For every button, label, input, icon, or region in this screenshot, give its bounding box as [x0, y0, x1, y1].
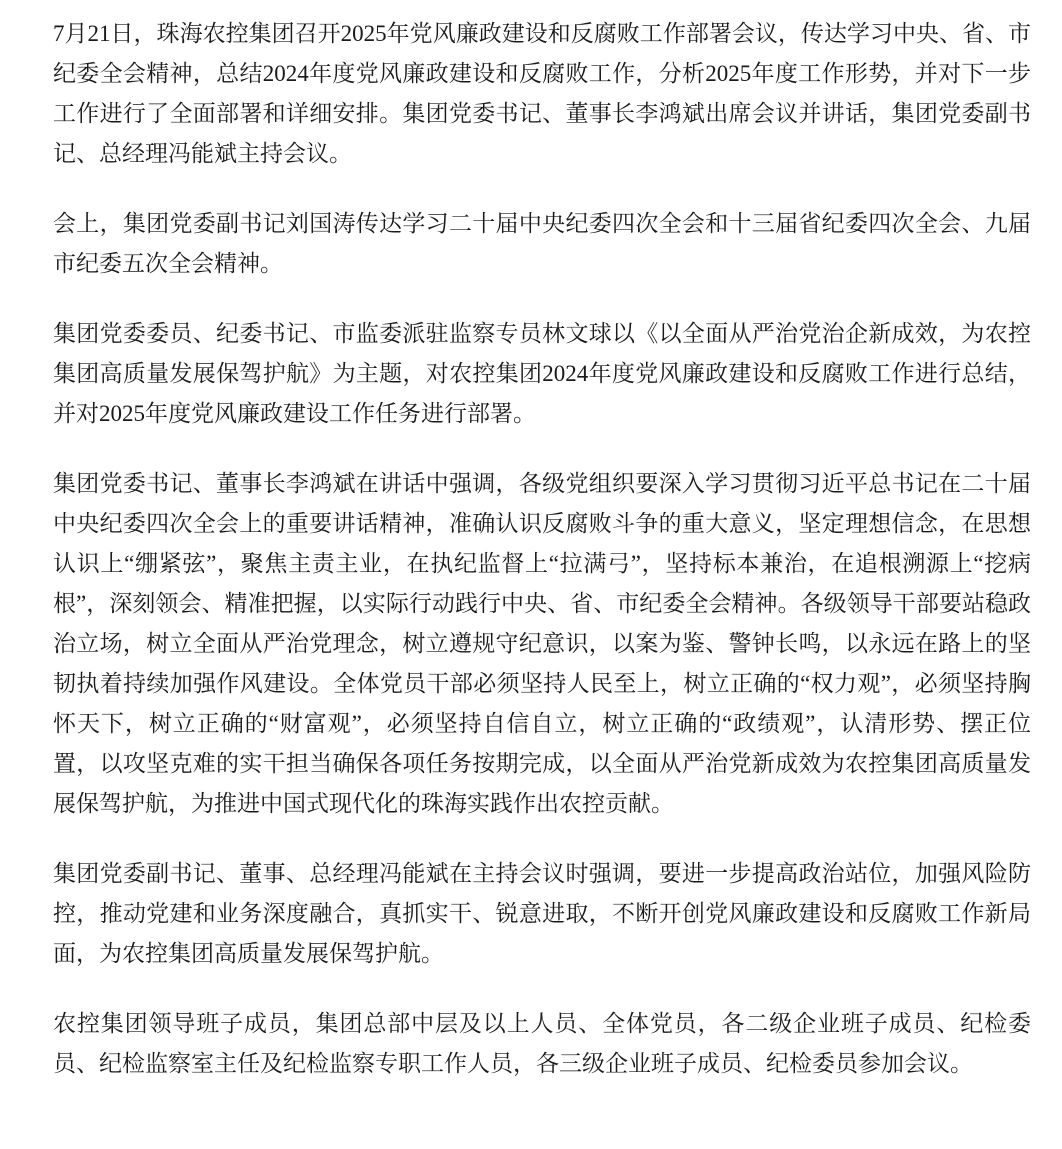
article-paragraph-3: 集团党委委员、纪委书记、市监委派驻监察专员林文球以《以全面从严治党治企新成效，为… [53, 314, 1031, 434]
article-paragraph-5: 集团党委副书记、董事、总经理冯能斌在主持会议时强调，要进一步提高政治站位，加强风… [53, 854, 1031, 974]
article-paragraph-2: 会上，集团党委副书记刘国涛传达学习二十届中央纪委四次全会和十三届省纪委四次全会、… [53, 204, 1031, 284]
article-paragraph-1: 7月21日，珠海农控集团召开2025年党风廉政建设和反腐败工作部署会议，传达学习… [53, 14, 1031, 174]
article: 7月21日，珠海农控集团召开2025年党风廉政建设和反腐败工作部署会议，传达学习… [0, 0, 1062, 1149]
article-paragraph-6: 农控集团领导班子成员，集团总部中层及以上人员、全体党员，各二级企业班子成员、纪检… [53, 1004, 1031, 1084]
article-paragraph-4: 集团党委书记、董事长李鸿斌在讲话中强调，各级党组织要深入学习贯彻习近平总书记在二… [53, 464, 1031, 824]
